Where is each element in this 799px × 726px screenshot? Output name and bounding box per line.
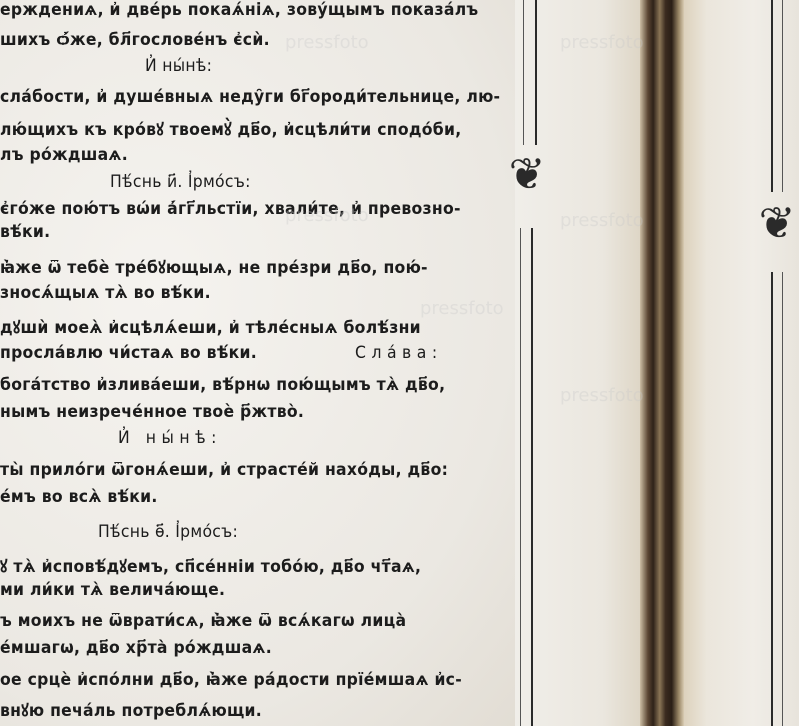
- text-line: сла́бости, и҆ душе́вныѧ неду̑ги бг҃ороди…: [0, 87, 500, 107]
- text-line: ерждениѧ, и҆ две́рь покаѧ́ніѧ, зову́щымъ…: [0, 0, 478, 20]
- margin-rule: [771, 272, 773, 726]
- margin-rule: [531, 228, 533, 726]
- text-line: вѣ́ки.: [0, 222, 50, 242]
- left-page-margin: [515, 0, 640, 726]
- text-line: ми ли́ки тѧ̀ велича́юще.: [0, 580, 225, 600]
- watermark: pressfoto: [560, 32, 644, 53]
- text-line: ꙋ тѧ̀ и҆сповѣ́дꙋемъ, сп҃се́нніи тобо́ю, …: [0, 554, 421, 577]
- book-spine: [640, 0, 684, 726]
- left-page: ерждениѧ, и҆ две́рь покаѧ́ніѧ, зову́щымъ…: [0, 0, 515, 726]
- floral-ornament-icon: ❦: [760, 195, 794, 251]
- text-line: е́мшагѡ, дв҃о хр҃та̀ ро́ждшаѧ.: [0, 638, 272, 658]
- watermark: pressfoto: [560, 210, 644, 231]
- text-line: зносѧ́щыѧ тѧ̀ во вѣ́ки.: [0, 283, 211, 303]
- margin-rule: [535, 0, 537, 145]
- margin-rule: [782, 272, 783, 726]
- margin-rule: [523, 0, 524, 145]
- section-heading: И҆ ны́нѣ:: [145, 56, 212, 76]
- text-line: просла́влю чи́стаѧ во вѣ́ки.: [0, 343, 257, 363]
- margin-rule: [520, 228, 521, 726]
- section-heading: Сла́ва:: [355, 343, 443, 363]
- text-line: ое срцѐ и҆спо́лни дв҃о, ꙗ҆̀же ра́дости п…: [0, 670, 462, 690]
- text-line: внꙋю печа́ль потреблѧ́ющи.: [0, 698, 262, 721]
- watermark: pressfoto: [420, 298, 504, 319]
- text-line: нымъ неизрече́нное твоѐ р҃жтво̀.: [0, 402, 304, 422]
- text-line: лъ ро́ждшаѧ.: [0, 145, 128, 165]
- section-heading: И҆ ны́нѣ:: [118, 428, 222, 448]
- text-line: ꙗ҆̀же ѿ тебѐ тре́бꙋющыѧ, не пре́зри дв҃о…: [0, 255, 428, 278]
- watermark: pressfoto: [560, 385, 644, 406]
- section-heading: Пѣ́снь и҃. І҆рмо́съ:: [110, 172, 251, 192]
- text-line: бога́тство и҆злива́еши, вѣ́рнѡ пою́щымъ …: [0, 375, 445, 395]
- watermark: pressfoto: [285, 205, 369, 226]
- watermark: pressfoto: [285, 32, 369, 53]
- section-heading: Пѣ́снь ѳ҃. І҆рмо́съ:: [98, 522, 238, 542]
- text-line: лю́щихъ къ кро́вꙋ твоемꙋ̀ дв҃о, и҆сцѣли́…: [0, 117, 461, 140]
- margin-rule: [771, 0, 773, 192]
- floral-ornament-icon: ❦: [510, 146, 544, 202]
- margin-rule: [782, 0, 783, 192]
- text-line: шихъ ѻ҆́же, бл҃гослове́нъ є҆сѝ.: [0, 30, 270, 50]
- text-line: дꙋшѝ моеѧ̀ и҆сцѣлѧ́еши, и҆ тѣле́сныѧ бол…: [0, 315, 421, 338]
- text-line: ты̀ прило́ги ѿгонѧ́еши, и҆ страсте́й нах…: [0, 460, 448, 480]
- text-line: е́мъ во всѧ̀ вѣ́ки.: [0, 487, 158, 507]
- text-line: є҆го́же пою́тъ вѡ́и а҆́гг҃льстїи, хвали́…: [0, 199, 461, 219]
- text-line: ъ моихъ не ѿврати́сѧ, ꙗ҆̀же ѿ всѧ́кагѡ л…: [0, 611, 406, 631]
